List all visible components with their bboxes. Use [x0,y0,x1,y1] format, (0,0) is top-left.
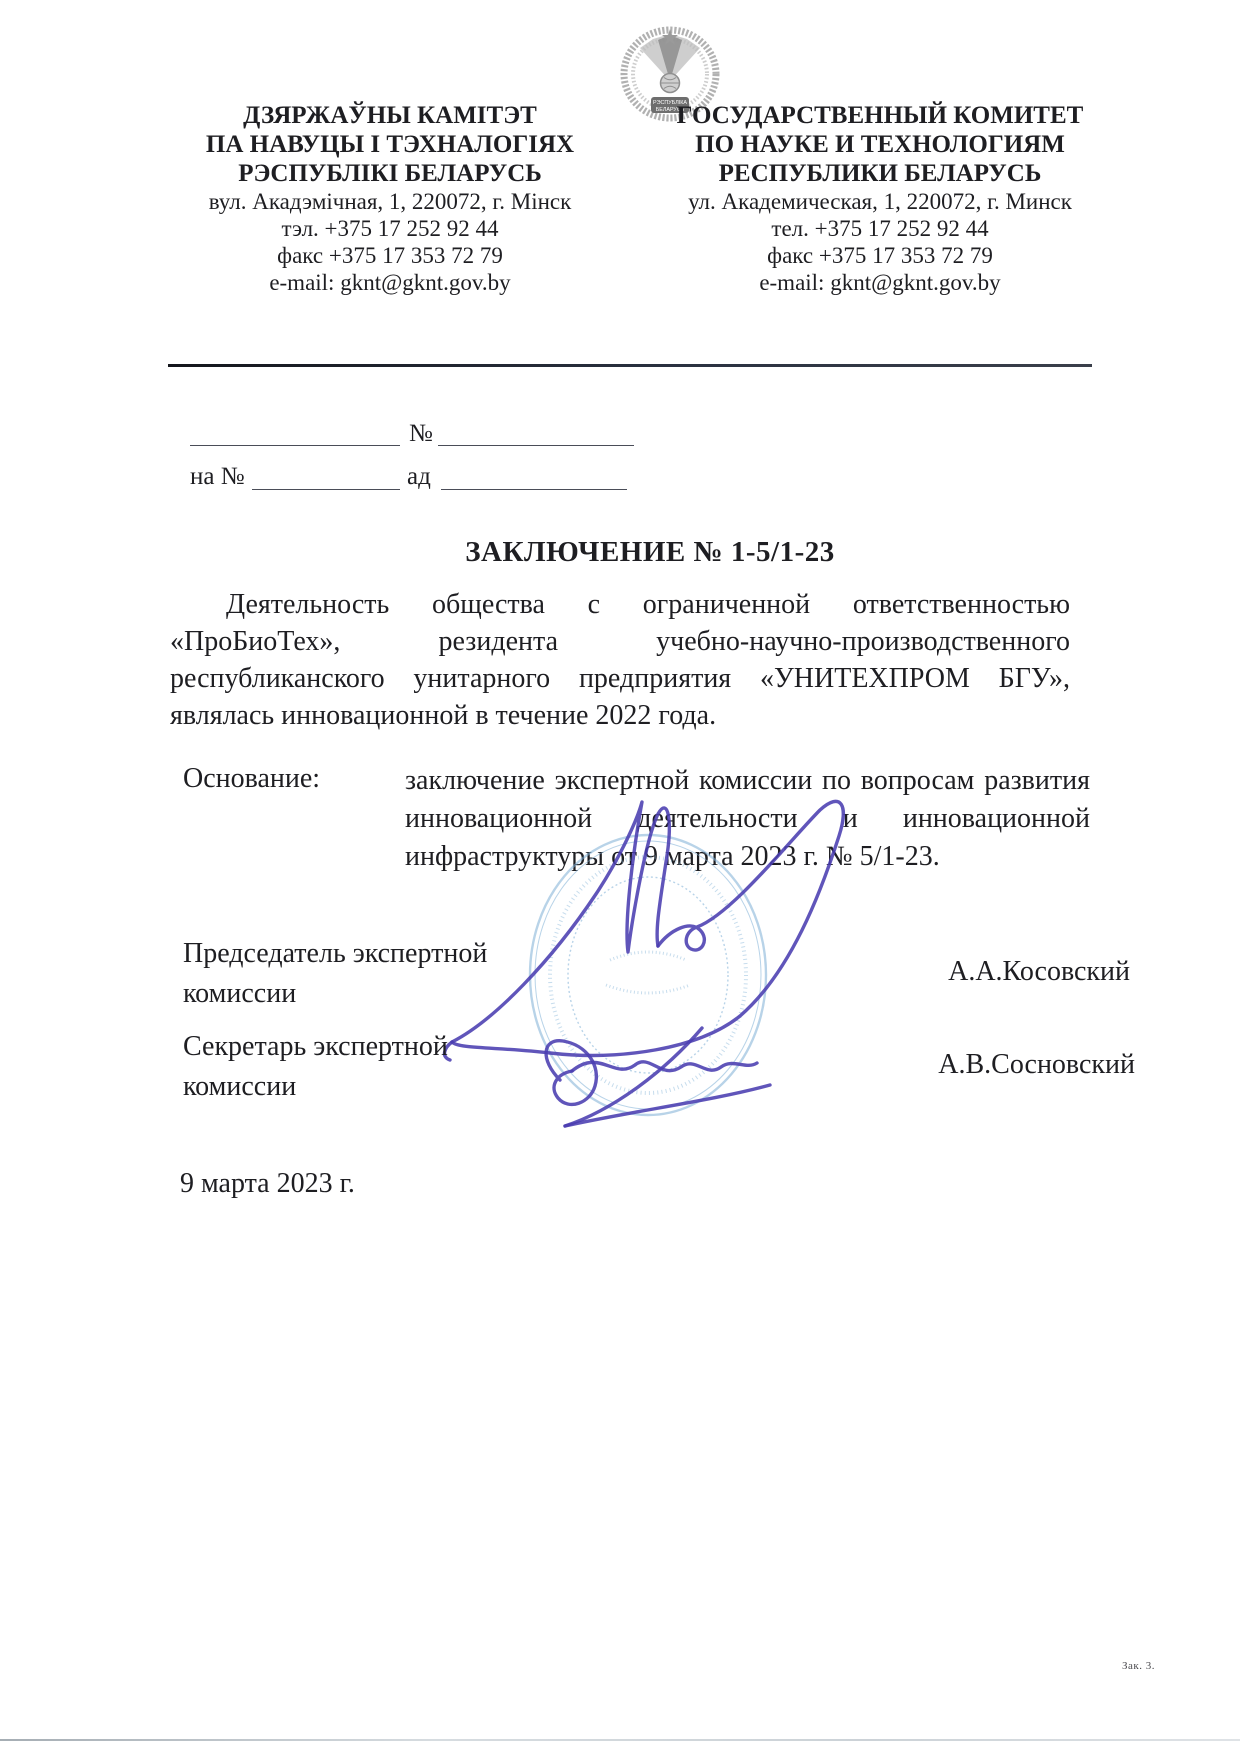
role-line: Председатель экспертной [183,934,523,974]
signature-secretary-ink [546,1028,770,1126]
org-address-line: e-mail: gknt@gknt.gov.by [150,269,630,296]
print-order-note: Зак. 3. [1122,1660,1155,1672]
number-sign-label: № [409,420,433,448]
incoming-number-label: на № [190,463,245,491]
incoming-date-blank-line [441,463,627,490]
org-title-line: ПА НАВУЦЫ І ТЭХНАЛОГІЯХ [150,130,630,159]
org-title-line: РЕСПУБЛИКИ БЕЛАРУСЬ [660,159,1100,188]
outgoing-number-blank-line [438,419,634,446]
org-address-line: тэл. +375 17 252 92 44 [150,215,630,242]
org-title-line: ГОСУДАРСТВЕННЫЙ КОМИТЕТ [660,101,1100,130]
incoming-date-label: ад [407,463,431,491]
header-separator-rule [168,364,1092,367]
org-title-line: ДЗЯРЖАЎНЫ КАМІТЭТ [150,101,630,130]
org-address-line: факс +375 17 353 72 79 [150,242,630,269]
org-address-line: ул. Академическая, 1, 220072, г. Минск [660,188,1100,215]
basis-label: Основание: [183,763,320,795]
role-line: Секретарь экспертной [183,1027,523,1067]
incoming-number-blank-line [252,463,400,490]
header-right-block: ГОСУДАРСТВЕННЫЙ КОМИТЕТ ПО НАУКЕ И ТЕХНО… [660,101,1100,296]
role-line: комиссии [183,1067,523,1107]
org-address-line: факс +375 17 353 72 79 [660,242,1100,269]
org-address-line: тел. +375 17 252 92 44 [660,215,1100,242]
scan-edge-artifact [0,1739,1240,1741]
signature-name-chairman: А.А.Косовский [900,956,1130,988]
document-title: ЗАКЛЮЧЕНИЕ № 1-5/1-23 [170,536,1130,569]
body-paragraph: Деятельность общества с ограниченной отв… [170,586,1070,734]
signature-role-secretary: Секретарь экспертной комиссии [183,1027,523,1107]
outgoing-number-blank-line [190,419,400,446]
signature-role-chairman: Председатель экспертной комиссии [183,934,523,1014]
org-address-line: e-mail: gknt@gknt.gov.by [660,269,1100,296]
signature-chairman-ink [444,801,843,1060]
header-left-block: ДЗЯРЖАЎНЫ КАМІТЭТ ПА НАВУЦЫ І ТЭХНАЛОГІЯ… [150,101,630,296]
scanned-document-page: РЭСПУБЛІКА БЕЛАРУСЬ ДЗЯРЖАЎНЫ КАМІТЭТ ПА… [0,0,1240,1753]
org-address-line: вул. Акадэмічная, 1, 220072, г. Мінск [150,188,630,215]
role-line: комиссии [183,974,523,1014]
signature-name-secretary: А.В.Сосновский [900,1049,1135,1081]
org-title-line: РЭСПУБЛІКІ БЕЛАРУСЬ [150,159,630,188]
document-date: 9 марта 2023 г. [180,1168,355,1200]
org-title-line: ПО НАУКЕ И ТЕХНОЛОГИЯМ [660,130,1100,159]
